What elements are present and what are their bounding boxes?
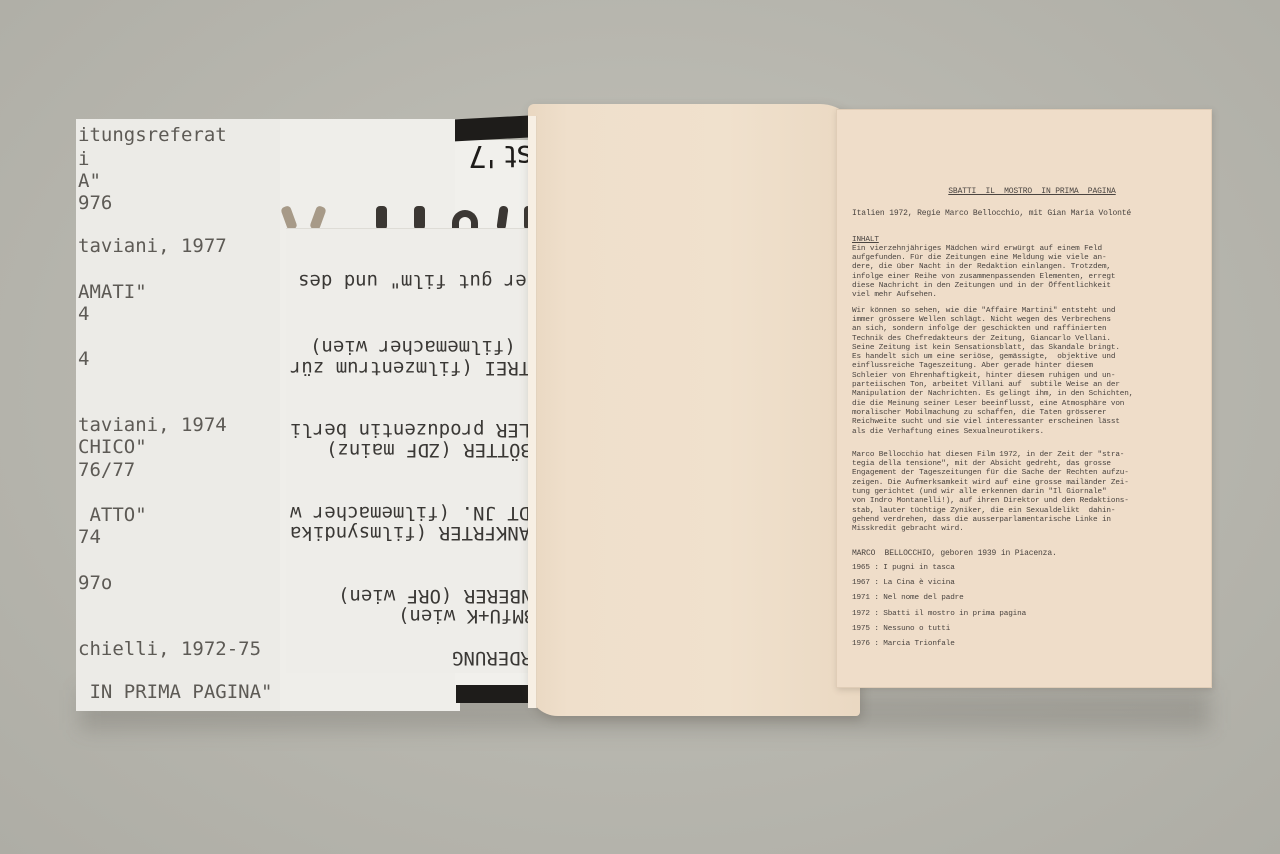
flap-text-line: 4 bbox=[78, 348, 89, 370]
film-year: 1976 bbox=[852, 640, 870, 648]
paragraph-1: Ein vierzehnjähriges Mädchen wird erwürg… bbox=[852, 245, 1182, 301]
flap-text-line: 74 bbox=[78, 526, 101, 548]
large-letter-fragment bbox=[376, 206, 387, 230]
flap-text-line: 97o bbox=[78, 572, 112, 594]
film-title: La Cina è vicina bbox=[883, 579, 954, 587]
filmography-entry: 1975 : Nessuno o tutti bbox=[852, 625, 1182, 634]
flap-text-line: AMATI" bbox=[78, 281, 147, 303]
flap-text-line: taviani, 1974 bbox=[78, 414, 227, 436]
flap-text-line: 976 bbox=[78, 192, 112, 214]
film-year: 1972 bbox=[852, 610, 870, 618]
film-title: Marcia Trionfale bbox=[883, 640, 954, 648]
filmography-entry: 1972 : Sbatti il mostro in prima pagina bbox=[852, 610, 1182, 619]
director-bio: MARCO BELLOCCHIO, geboren 1939 in Piacen… bbox=[852, 549, 1182, 558]
mirrored-credit-line: der gut film" und des bbox=[298, 270, 538, 292]
flap-text-line: A" bbox=[78, 170, 101, 192]
flap-text-line: itungsreferat bbox=[78, 124, 227, 146]
filmography-entry: 1967 : La Cina è vicina bbox=[852, 579, 1182, 588]
flap-text-line: chielli, 1972-75 bbox=[78, 638, 261, 660]
paragraph-3: Marco Bellocchio hat diesen Film 1972, i… bbox=[852, 451, 1182, 535]
film-title: Sbatti il mostro in prima pagina bbox=[883, 610, 1026, 618]
filmography-entry: 1971 : Nel nome del padre bbox=[852, 594, 1182, 603]
section-heading: INHALT bbox=[852, 236, 1182, 245]
film-title: I pugni in tasca bbox=[883, 564, 954, 572]
flap-text-line: ATTO" bbox=[78, 504, 147, 526]
document-title: SBATTI IL MOSTRO IN PRIMA PAGINA bbox=[882, 187, 1182, 196]
film-title: Nel nome del padre bbox=[883, 594, 963, 602]
page-stack-edge bbox=[528, 116, 537, 708]
filmography-list: 1965 : I pugni in tasca1967 : La Cina è … bbox=[852, 564, 1182, 650]
cover-title-fragment: st '7 bbox=[468, 138, 532, 173]
flap-text-line: 76/77 bbox=[78, 459, 135, 481]
large-letter-fragment bbox=[414, 206, 425, 230]
separator: : bbox=[870, 640, 883, 648]
separator: : bbox=[870, 610, 883, 618]
filmography-entry: 1976 : Marcia Trionfale bbox=[852, 640, 1182, 649]
left-white-flap: itungsreferatiA"976taviani, 1977AMATI"44… bbox=[76, 119, 285, 711]
film-year: 1971 bbox=[852, 594, 870, 602]
typed-document: SBATTI IL MOSTRO IN PRIMA PAGINA Italien… bbox=[852, 187, 1182, 656]
large-letter-fragment bbox=[452, 210, 478, 230]
separator: : bbox=[870, 594, 883, 602]
flap-text-line: IN PRIMA PAGINA" bbox=[78, 681, 272, 703]
filmography-entry: 1965 : I pugni in tasca bbox=[852, 564, 1182, 573]
film-title: Nessuno o tutti bbox=[883, 625, 950, 633]
film-year: 1967 bbox=[852, 579, 870, 587]
flap-text-line: 4 bbox=[78, 303, 89, 325]
flap-text-line: CHICO" bbox=[78, 436, 147, 458]
flap-text-line: taviani, 1977 bbox=[78, 235, 227, 257]
blank-curled-page bbox=[528, 104, 860, 716]
flap-text-line: i bbox=[78, 148, 89, 170]
paragraph-2: Wir können so sehen, wie die "Affaire Ma… bbox=[852, 307, 1182, 437]
separator: : bbox=[870, 564, 883, 572]
separator: : bbox=[870, 579, 883, 587]
film-year: 1975 bbox=[852, 625, 870, 633]
separator: : bbox=[870, 625, 883, 633]
document-subtitle: Italien 1972, Regie Marco Bellocchio, mi… bbox=[852, 209, 1182, 218]
film-year: 1965 bbox=[852, 564, 870, 572]
